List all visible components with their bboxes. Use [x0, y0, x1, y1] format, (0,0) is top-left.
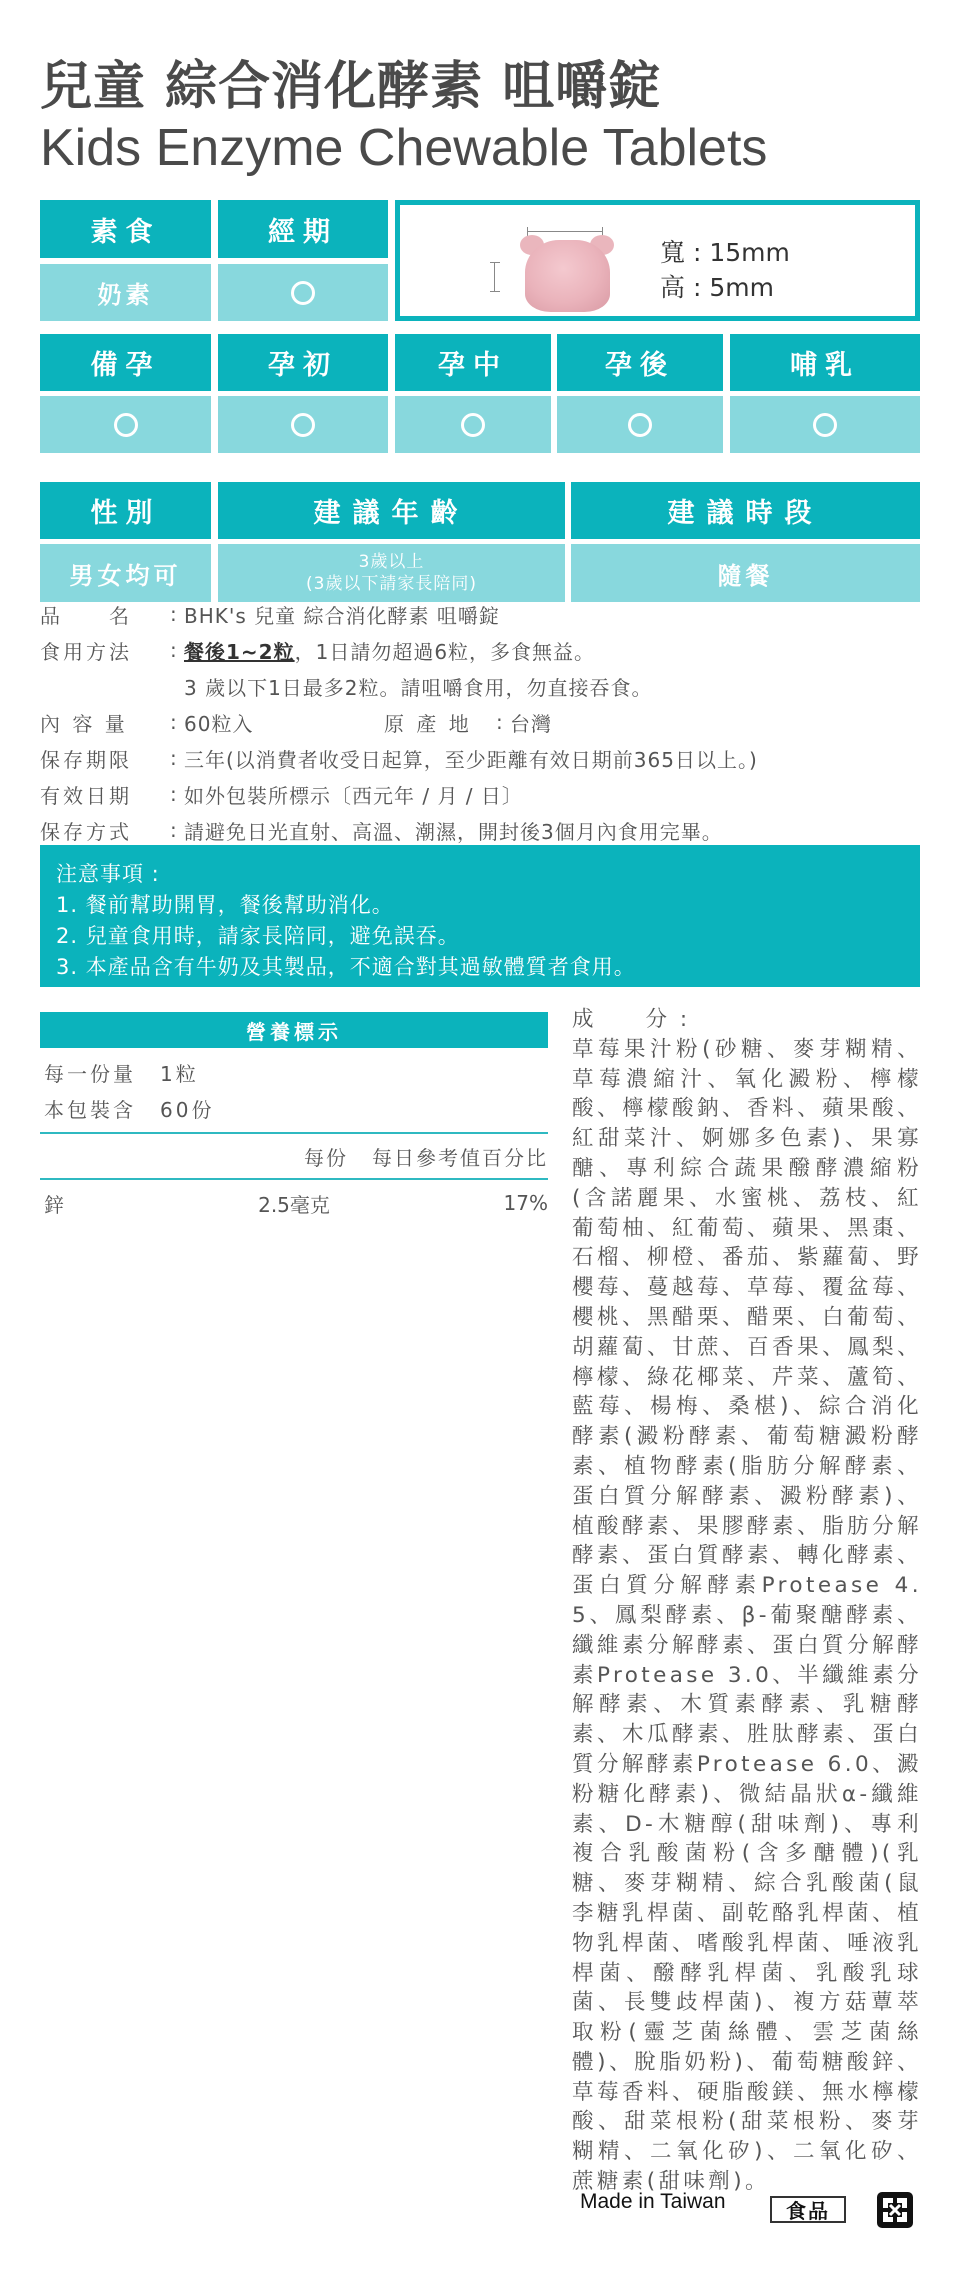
notice-item: 2. 兒童食用時，請家長陪同，避免誤吞。	[56, 921, 904, 952]
nutrient-name: 鋅	[44, 1189, 194, 1218]
stage-value	[40, 396, 211, 453]
gender-value: 男女均可	[40, 544, 211, 602]
check-circle-icon	[291, 281, 315, 305]
check-circle-icon	[114, 413, 138, 437]
stage-value	[730, 396, 920, 453]
recycle-icon	[875, 2190, 915, 2230]
storage-value: 請避免日光直射、高溫、潮濕，開封後3個月內食用完畢。	[184, 816, 723, 845]
age-value-line1: 3歲以上	[359, 551, 425, 573]
stage-header: 孕後	[557, 334, 723, 391]
timing-value: 隨餐	[571, 544, 920, 602]
nutrition-row: 鋅 2.5毫克 17%	[40, 1180, 548, 1226]
period-value	[218, 264, 388, 321]
title-chinese: 兒童 綜合消化酵素 咀嚼錠	[40, 44, 661, 119]
usage-emphasis: 餐後1~2粒	[184, 636, 295, 665]
info-row-usage: 食用方法 : 餐後1~2粒 ，1日請勿超過6粒，多食無益。	[40, 632, 940, 668]
info-row-shelf: 保存期限 : 三年(以消費者收受日起算，至少距離有效日期前365日以上。)	[40, 740, 940, 776]
info-row-expiry: 有效日期 : 如外包裝所標示〔西元年 / 月 / 日〕	[40, 776, 940, 812]
tablet-image	[525, 240, 610, 312]
origin-value: 台灣	[510, 708, 552, 737]
serving-label: 每一份量	[44, 1058, 160, 1087]
product-info: 品 名 : BHK's 兒童 綜合消化酵素 咀嚼錠 食用方法 : 餐後1~2粒 …	[40, 596, 940, 848]
servings-value: 60份	[160, 1094, 214, 1123]
age-value-line2: (3歲以下請家長陪同)	[306, 573, 477, 595]
info-row-name: 品 名 : BHK's 兒童 綜合消化酵素 咀嚼錠	[40, 596, 940, 632]
timing-header: 建議時段	[571, 482, 920, 539]
check-circle-icon	[628, 413, 652, 437]
info-row-storage: 保存方式 : 請避免日光直射、高溫、潮濕，開封後3個月內食用完畢。	[40, 812, 940, 848]
nutrition-title: 營養標示	[40, 1012, 548, 1048]
check-circle-icon	[461, 413, 485, 437]
nutrition-table: 營養標示 每一份量 1粒 本包裝含 60份 每份 每日參考值百分比 鋅 2.5毫…	[40, 1012, 548, 1226]
title-english: Kids Enzyme Chewable Tablets	[40, 118, 767, 178]
col-per-serving: 每份	[304, 1142, 348, 1171]
tablet-width: 寬 : 15mm	[660, 235, 790, 270]
stage-header: 孕中	[395, 334, 551, 391]
stage-header: 備孕	[40, 334, 211, 391]
width-dimension-icon	[527, 227, 603, 237]
made-in-taiwan: Made in Taiwan	[580, 2190, 726, 2214]
shelf-value: 三年(以消費者收受日起算，至少距離有效日期前365日以上。)	[184, 744, 758, 773]
info-label: 內 容 量	[40, 708, 170, 737]
info-label: 原 產 地	[384, 708, 496, 737]
notice-title: 注意事項 :	[56, 859, 904, 890]
content-value: 60粒入	[184, 708, 384, 737]
stage-value	[218, 396, 388, 453]
stage-value	[557, 396, 723, 453]
col-daily-value: 每日參考值百分比	[372, 1142, 548, 1171]
servings-per-pack-row: 本包裝含 60份	[40, 1090, 548, 1126]
ingredients-text: 草莓果汁粉(砂糖、麥芽糊精、草莓濃縮汁、氧化澱粉、檸檬酸、檸檬酸鈉、香料、蘋果酸…	[572, 1035, 922, 2197]
food-badge: 食品	[770, 2196, 846, 2223]
stage-header: 哺乳	[730, 334, 920, 391]
check-circle-icon	[813, 413, 837, 437]
info-label: 品 名	[40, 600, 170, 629]
vegetarian-value: 奶素	[40, 264, 211, 321]
product-name: BHK's 兒童 綜合消化酵素 咀嚼錠	[184, 600, 500, 629]
notice-box: 注意事項 : 1. 餐前幫助開胃，餐後幫助消化。 2. 兒童食用時，請家長陪同，…	[40, 845, 920, 987]
serving-value: 1粒	[160, 1058, 199, 1087]
nutrient-amount: 2.5毫克	[194, 1189, 394, 1218]
period-header: 經期	[218, 200, 388, 258]
ingredients-label: 成 分 :	[572, 1005, 922, 1035]
servings-label: 本包裝含	[44, 1094, 160, 1123]
notice-item: 3. 本產品含有牛奶及其製品，不適合對其過敏體質者食用。	[56, 952, 904, 983]
tablet-image-box: 寬 : 15mm 高 : 5mm	[395, 200, 920, 321]
vegetarian-header: 素食	[40, 200, 211, 258]
expiry-value: 如外包裝所標示〔西元年 / 月 / 日〕	[184, 780, 523, 809]
info-row-usage-2: 3 歲以下1日最多2粒。請咀嚼食用，勿直接吞食。	[40, 668, 940, 704]
stage-header: 孕初	[218, 334, 388, 391]
notice-item: 1. 餐前幫助開胃，餐後幫助消化。	[56, 890, 904, 921]
usage-line2: 3 歲以下1日最多2粒。請咀嚼食用，勿直接吞食。	[184, 672, 653, 701]
nutrient-percent: 17%	[394, 1191, 548, 1215]
usage-rest: ，1日請勿超過6粒，多食無益。	[295, 636, 595, 665]
info-row-content: 內 容 量 : 60粒入 原 產 地 : 台灣	[40, 704, 940, 740]
info-label: 保存方式	[40, 816, 170, 845]
serving-size-row: 每一份量 1粒	[40, 1054, 548, 1090]
ingredients: 成 分 : 草莓果汁粉(砂糖、麥芽糊精、草莓濃縮汁、氧化澱粉、檸檬酸、檸檬酸鈉、…	[572, 1005, 922, 2197]
age-header: 建議年齡	[218, 482, 565, 539]
info-label: 有效日期	[40, 780, 170, 809]
stage-value	[395, 396, 551, 453]
gender-header: 性別	[40, 482, 211, 539]
info-label: 食用方法	[40, 636, 170, 665]
check-circle-icon	[291, 413, 315, 437]
tablet-height: 高 : 5mm	[660, 270, 790, 305]
tablet-dimensions: 寬 : 15mm 高 : 5mm	[660, 235, 790, 305]
height-dimension-icon	[490, 262, 500, 292]
age-value: 3歲以上 (3歲以下請家長陪同)	[218, 544, 565, 602]
nutrition-column-headers: 每份 每日參考值百分比	[40, 1134, 548, 1178]
info-label: 保存期限	[40, 744, 170, 773]
